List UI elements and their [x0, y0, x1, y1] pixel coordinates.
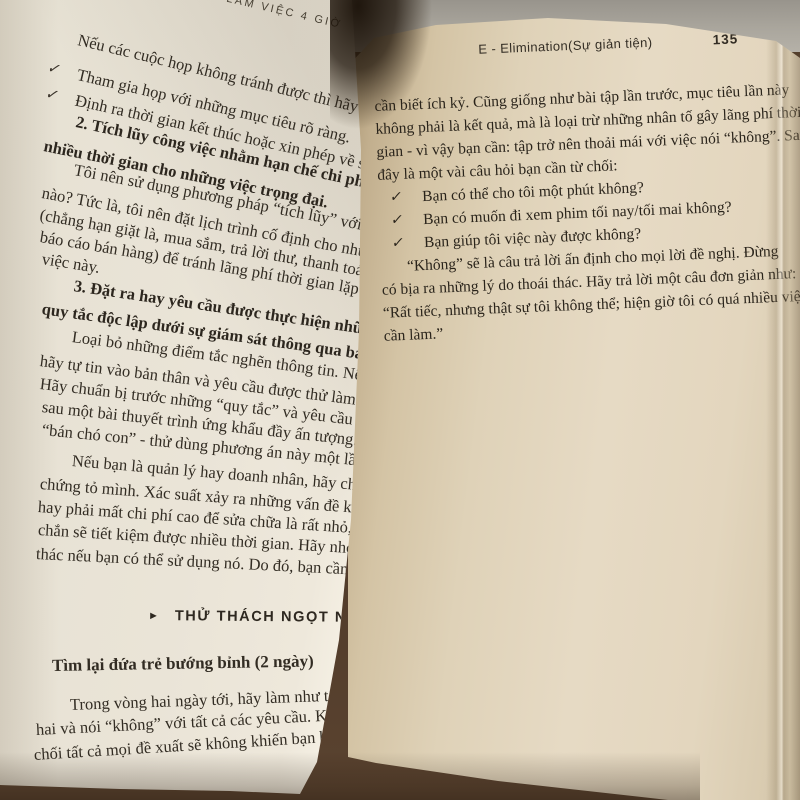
check-icon: ✓ — [376, 185, 424, 210]
challenge-title: Tìm lại đứa trẻ bướng bỉnh (2 ngày) — [52, 651, 314, 676]
check-icon: ✓ — [377, 208, 425, 233]
left-page: ẦN LÀM VIỆC 4 GIỜ Nếu các cuộc họp không… — [0, 0, 366, 800]
right-page: E - Elimination(Sự giản tiện) 135 cần bi… — [348, 0, 800, 800]
book-photo: E - Elimination(Sự giản tiện) 135 cần bi… — [0, 0, 800, 800]
check-icon: ✓ — [378, 231, 426, 256]
triangle-marker-icon: ► — [148, 610, 159, 622]
right-running-header: E - Elimination(Sự giản tiện) 135 — [372, 26, 769, 65]
right-page-text: E - Elimination(Sự giản tiện) 135 cần bi… — [372, 26, 780, 348]
book-title-header: ẦN LÀM VIỆC 4 GIỜ — [200, 0, 343, 31]
chapter-header: E - Elimination(Sự giản tiện) — [478, 31, 653, 61]
